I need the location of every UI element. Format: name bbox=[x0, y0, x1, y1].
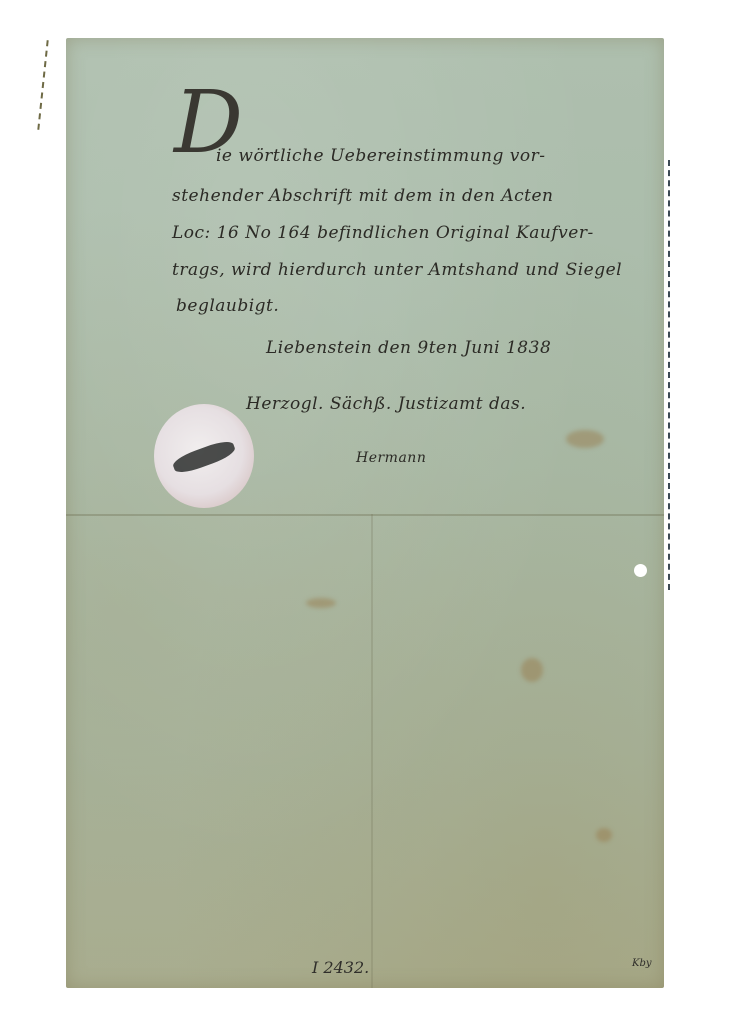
document-page: D ie wörtliche Uebereinstimmung vor- ste… bbox=[66, 38, 664, 988]
text-line-2: stehender Abschrift mit dem in den Acten bbox=[172, 186, 553, 206]
issuing-authority: Herzogl. Sächß. Justizamt das. bbox=[246, 394, 526, 414]
text-line-5: beglaubigt. bbox=[176, 296, 279, 316]
place-date: Liebenstein den 9ten Juni 1838 bbox=[266, 338, 551, 358]
stain bbox=[521, 658, 543, 682]
stain bbox=[566, 430, 604, 448]
binding-string-left bbox=[37, 40, 48, 130]
binding-string-right bbox=[668, 160, 670, 590]
text-line-3: Loc: 16 No 164 befindlichen Original Kau… bbox=[172, 223, 594, 243]
fold-line-horizontal bbox=[66, 514, 664, 516]
text-line-1: ie wörtliche Uebereinstimmung vor- bbox=[216, 146, 545, 166]
fold-line-vertical bbox=[371, 514, 373, 988]
punch-hole bbox=[634, 564, 647, 577]
signature: Hermann bbox=[356, 450, 426, 466]
stain bbox=[306, 598, 336, 608]
archive-number: I 2432. bbox=[312, 958, 369, 977]
stain bbox=[596, 828, 612, 842]
text-line-4: trags, wird hierdurch unter Amtshand und… bbox=[172, 260, 622, 280]
corner-note: Kby bbox=[632, 958, 652, 969]
